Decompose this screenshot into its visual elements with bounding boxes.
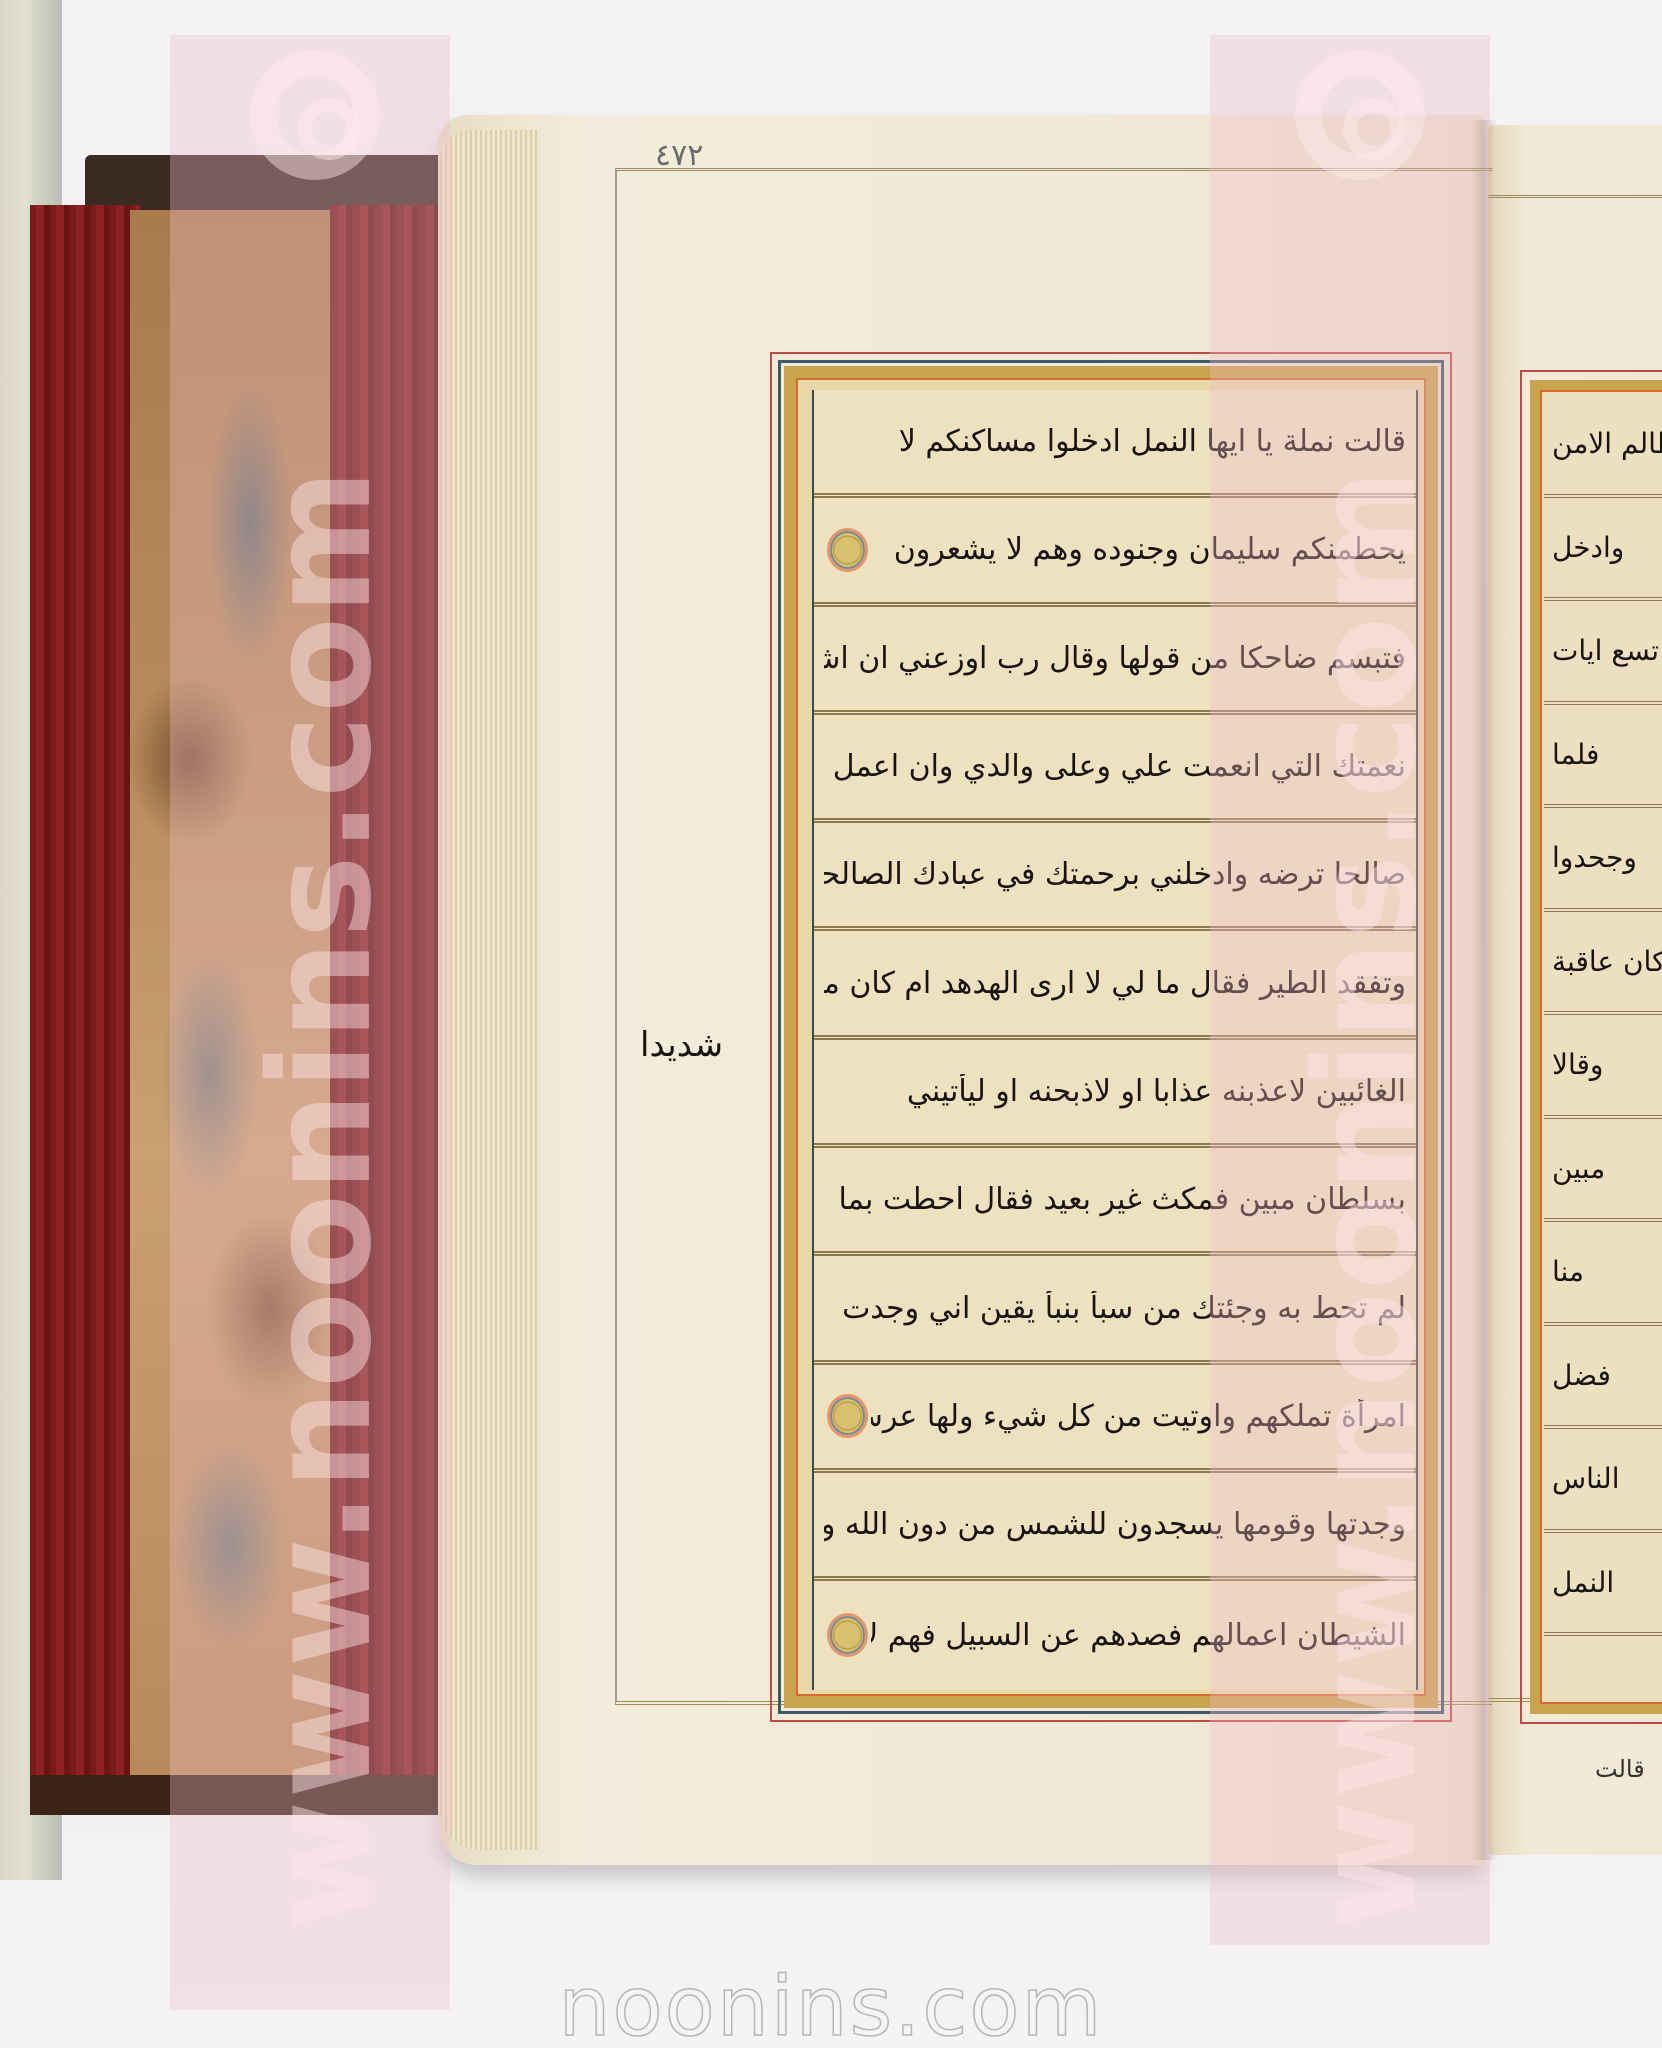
verse-marker-rosette-icon xyxy=(830,531,865,569)
copyright-icon xyxy=(250,50,380,180)
right-text-lines: ظالم الامن وادخل تسع ايات فلما وجحدوا كا… xyxy=(1544,394,1662,1700)
watermark-vertical-right: www.noonins.com xyxy=(1285,230,1448,1930)
text-line: مبين xyxy=(1544,1119,1662,1223)
text-line: وقالا xyxy=(1544,1015,1662,1119)
watermark-bottom: noonins.com xyxy=(0,1960,1662,2048)
text-line: منا xyxy=(1544,1222,1662,1326)
text-line: الناس xyxy=(1544,1429,1662,1533)
right-page-text-block: ظالم الامن وادخل تسع ايات فلما وجحدوا كا… xyxy=(1520,370,1662,1724)
marginal-correction-note: شديدا xyxy=(640,1025,723,1065)
red-leather-binding-left xyxy=(30,205,140,1805)
text-line: فضل xyxy=(1544,1326,1662,1430)
text-line: ظالم الامن xyxy=(1544,394,1662,498)
text-line: وجحدوا xyxy=(1544,808,1662,912)
text-line: تسع ايات xyxy=(1544,601,1662,705)
verse-marker-rosette-icon xyxy=(830,1616,865,1654)
text-line: فلما xyxy=(1544,705,1662,809)
page-fore-edge xyxy=(440,130,540,1850)
text-line: وادخل xyxy=(1544,498,1662,602)
verse-marker-rosette-icon xyxy=(830,1397,865,1435)
watermark-vertical-left: www.noonins.com xyxy=(240,230,403,1930)
text-line: النمل xyxy=(1544,1533,1662,1637)
catchword: قالت xyxy=(1595,1755,1645,1783)
text-line: كان عاقبة xyxy=(1544,912,1662,1016)
folio-number: ٤٧٢ xyxy=(655,138,703,173)
copyright-icon xyxy=(1295,50,1425,180)
